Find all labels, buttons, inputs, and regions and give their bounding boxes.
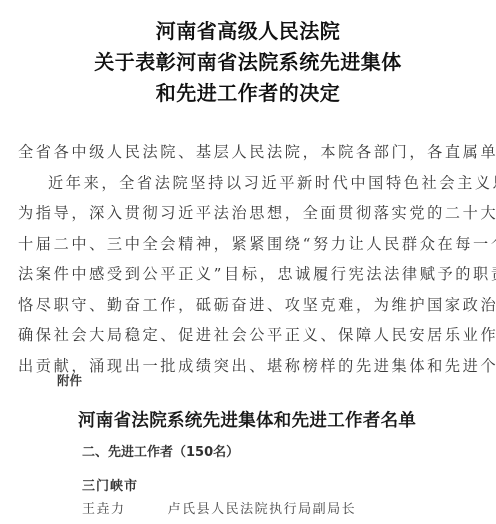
title-line-3: 和先进工作者的决定 bbox=[0, 78, 496, 109]
title-line-2: 关于表彰河南省法院系统先进集体 bbox=[0, 47, 496, 78]
body-line-7: 出贡献，涌现出一批成绩突出、堪称榜样的先进集体和先进个人。 bbox=[18, 351, 484, 382]
body-line-5: 恪尽职守、勤奋工作，砥砺奋进、攻坚克难，为维护国家政治安全、 bbox=[18, 290, 484, 321]
salutation: 全省各中级人民法院、基层人民法院，本院各部门，各直属单位： bbox=[18, 137, 484, 168]
body-line-6: 确保社会大局稳定、促进社会公平正义、保障人民安居乐业作出突 bbox=[18, 320, 484, 351]
document-body: 全省各中级人民法院、基层人民法院，本院各部门，各直属单位： 近年来，全省法院坚持… bbox=[18, 137, 484, 381]
attachment-title: 河南省法院系统先进集体和先进工作者名单 bbox=[78, 407, 416, 432]
city-heading: 三门峡市 bbox=[82, 475, 138, 494]
title-line-1: 河南省高级人民法院 bbox=[0, 16, 496, 47]
person-position: 卢氏县人民法院执行局副局长 bbox=[168, 498, 357, 517]
body-line-4: 法案件中感受到公平正义”目标，忠诚履行宪法法律赋予的职责， bbox=[18, 259, 484, 290]
document-title: 河南省高级人民法院 关于表彰河南省法院系统先进集体 和先进工作者的决定 bbox=[0, 16, 496, 109]
body-line-2: 为指导，深入贯彻习近平法治思想，全面贯彻落实党的二十大和二 bbox=[18, 198, 484, 229]
body-line-1: 近年来，全省法院坚持以习近平新时代中国特色社会主义思想 bbox=[18, 168, 484, 199]
person-name: 王垚力 bbox=[82, 498, 162, 517]
attachment-label: 附件 bbox=[57, 371, 82, 389]
section-heading: 二、先进工作者（150名） bbox=[82, 441, 239, 460]
list-item: 王垚力 卢氏县人民法院执行局副局长 bbox=[82, 498, 356, 517]
body-line-3: 十届二中、三中全会精神，紧紧围绕“努力让人民群众在每一个司 bbox=[18, 229, 484, 260]
